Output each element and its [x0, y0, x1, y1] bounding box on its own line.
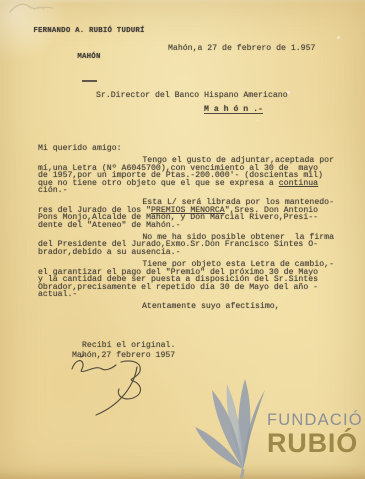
letter-line: actual.- [38, 291, 334, 298]
paragraph: No me ha sido posible obtener la firma d… [38, 234, 334, 256]
line-text: que no tiene otro objeto que el que se e… [38, 179, 279, 188]
line-text: brador,debido a su ausencia.- [38, 248, 181, 257]
watermark-title-bottom: RUBIÓ [267, 430, 363, 457]
paper-speck [257, 119, 259, 121]
letterhead: FERNANDO A. RUBIÓ TUDURÍ MAHÓN [30, 10, 148, 99]
salutation: Mi querido amigo: [38, 145, 334, 152]
line-text: actual.- [38, 290, 77, 299]
line-text: dente del "Ateneo" de Mahón.- [38, 221, 181, 230]
line-text: ción.- [38, 186, 67, 195]
letter-line: Obrador,precisamente el repetido día 30 … [38, 284, 334, 291]
letter-line: dente del "Ateneo" de Mahón.- [38, 222, 334, 229]
letterhead-name: FERNANDO A. RUBIÓ TUDURÍ [30, 27, 148, 36]
watermark-title-top: FUNDACIÓ [267, 412, 363, 429]
paper-speck [337, 36, 340, 39]
letter-line: ción.- [38, 187, 334, 194]
paragraph: Tengo el gusto de adjuntar,aceptada por … [38, 157, 334, 194]
letter-line: brador,debido a su ausencia.- [38, 249, 334, 256]
signature-scribble [58, 352, 180, 422]
date-line: Mahón,a 27 de febrero de 1.957 [168, 44, 315, 53]
receipt-note-line: Recibí el original. [82, 341, 175, 350]
paragraph: Esta L/ será librada por los mantenedo- … [38, 199, 334, 229]
letter-line: que no tiene otro objeto que el que se e… [38, 180, 334, 187]
closing-line: Atentamente suyo afectísimo, [38, 303, 334, 310]
addressee-line: Sr.Director del Banco Hispano Americano [96, 91, 288, 100]
letterhead-city: MAHÓN [30, 53, 148, 62]
watermark-wordmark: FUNDACIÓ RUBIÓ [267, 412, 363, 457]
paragraph: Tiene por objeto esta Letra de cambio,- … [38, 261, 334, 298]
watermark-logo: FUNDACIÓ RUBIÓ [193, 377, 365, 479]
addressee-city: M a h ó n .- [204, 105, 263, 114]
scanned-letter: FERNANDO A. RUBIÓ TUDURÍ MAHÓN Mahón,a 2… [0, 0, 365, 479]
letterhead-rule [82, 80, 97, 82]
underlined-text: continua [279, 179, 318, 188]
line-text: Obrador,precisamente el repetido día 30 … [38, 283, 318, 292]
letter-body: Mi querido amigo: Tengo el gusto de adju… [38, 145, 334, 311]
